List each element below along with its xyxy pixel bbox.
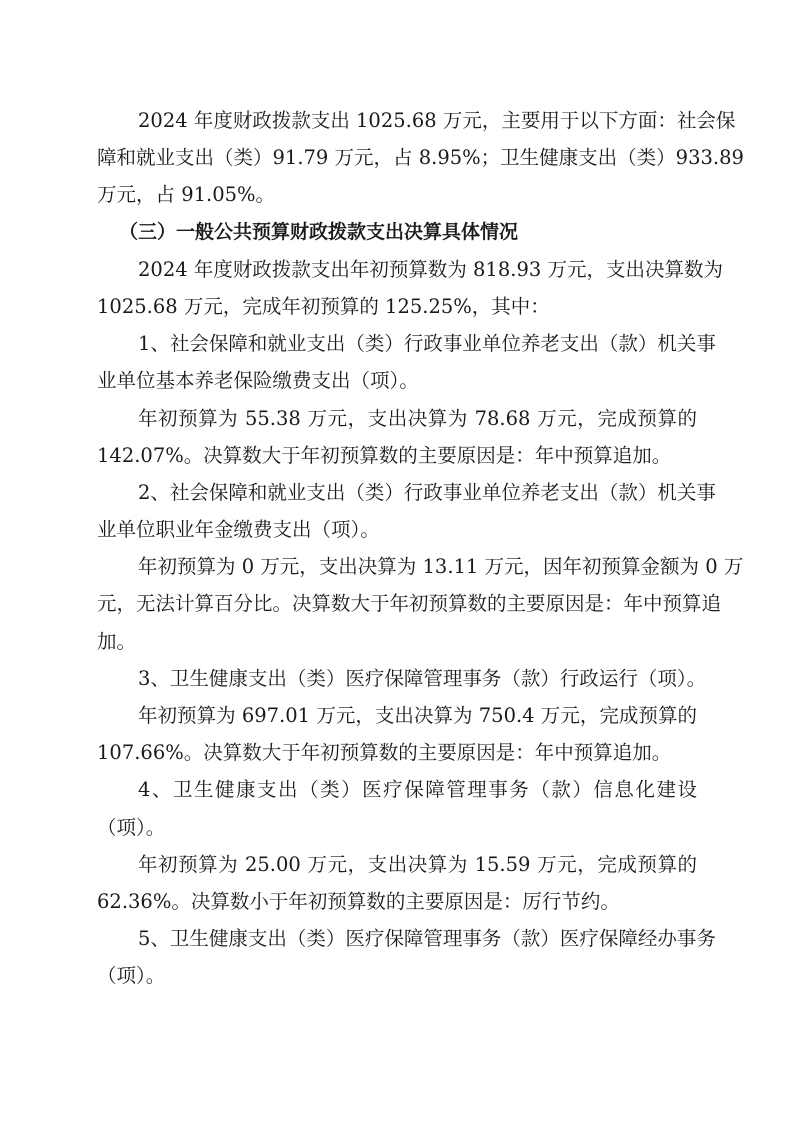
paragraph-item-3-detail: 年初预算为 697.01 万元，支出决算为 750.4 万元，完成预算的 107… [97,697,697,771]
text-line: 2024 年度财政拨款支出 1025.68 万元，主要用于以下方面：社会保 [97,102,697,139]
text-line: （项）。 [97,809,697,846]
text-line: （项）。 [97,957,697,994]
text-line: 62.36%。决算数小于年初预算数的主要原因是：厉行节约。 [97,883,697,920]
text-line: 业单位基本养老保险缴费支出（项）。 [97,362,697,399]
text-line: 4、卫生健康支出（类）医疗保障管理事务（款）信息化建设 [97,771,697,808]
paragraph-item-3-title: 3、卫生健康支出（类）医疗保障管理事务（款）行政运行（项）。 [97,660,697,697]
text-line: 2、社会保障和就业支出（类）行政事业单位养老支出（款）机关事 [97,474,697,511]
section-heading: （三）一般公共预算财政拨款支出决算具体情况 [97,214,697,251]
text-line: 障和就业支出（类）91.79 万元，占 8.95%；卫生健康支出（类）933.8… [97,139,697,176]
paragraph-item-1-detail: 年初预算为 55.38 万元，支出决算为 78.68 万元，完成预算的 142.… [97,400,697,474]
paragraph-overview: 2024 年度财政拨款支出年初预算数为 818.93 万元，支出决算数为 102… [97,251,697,325]
text-line: 年初预算为 55.38 万元，支出决算为 78.68 万元，完成预算的 [97,400,697,437]
text-line: 年初预算为 0 万元，支出决算为 13.11 万元，因年初预算金额为 0 万 [97,548,697,585]
text-line: 142.07%。决算数大于年初预算数的主要原因是：年中预算追加。 [97,437,697,474]
text-line: 万元，占 91.05%。 [97,176,697,213]
paragraph-item-2-detail: 年初预算为 0 万元，支出决算为 13.11 万元，因年初预算金额为 0 万 元… [97,548,697,660]
paragraph-item-1-title: 1、社会保障和就业支出（类）行政事业单位养老支出（款）机关事 业单位基本养老保险… [97,325,697,399]
text-line: 1025.68 万元，完成年初预算的 125.25%，其中： [97,288,697,325]
text-line: 5、卫生健康支出（类）医疗保障管理事务（款）医疗保障经办事务 [97,920,697,957]
paragraph-summary: 2024 年度财政拨款支出 1025.68 万元，主要用于以下方面：社会保 障和… [97,102,697,214]
text-line: 业单位职业年金缴费支出（项）。 [97,511,697,548]
text-line: 1、社会保障和就业支出（类）行政事业单位养老支出（款）机关事 [97,325,697,362]
text-line: 元，无法计算百分比。决算数大于年初预算数的主要原因是：年中预算追 [97,585,697,622]
text-line: 107.66%。决算数大于年初预算数的主要原因是：年中预算追加。 [97,734,697,771]
text-line: 3、卫生健康支出（类）医疗保障管理事务（款）行政运行（项）。 [97,660,697,697]
heading-text: （三）一般公共预算财政拨款支出决算具体情况 [97,214,697,251]
document-page: 2024 年度财政拨款支出 1025.68 万元，主要用于以下方面：社会保 障和… [97,102,697,995]
text-line: 年初预算为 697.01 万元，支出决算为 750.4 万元，完成预算的 [97,697,697,734]
paragraph-item-5-title: 5、卫生健康支出（类）医疗保障管理事务（款）医疗保障经办事务 （项）。 [97,920,697,994]
text-line: 加。 [97,623,697,660]
paragraph-item-2-title: 2、社会保障和就业支出（类）行政事业单位养老支出（款）机关事 业单位职业年金缴费… [97,474,697,548]
paragraph-item-4-detail: 年初预算为 25.00 万元，支出决算为 15.59 万元，完成预算的 62.3… [97,846,697,920]
paragraph-item-4-title: 4、卫生健康支出（类）医疗保障管理事务（款）信息化建设 （项）。 [97,771,697,845]
text-line: 2024 年度财政拨款支出年初预算数为 818.93 万元，支出决算数为 [97,251,697,288]
text-line: 年初预算为 25.00 万元，支出决算为 15.59 万元，完成预算的 [97,846,697,883]
